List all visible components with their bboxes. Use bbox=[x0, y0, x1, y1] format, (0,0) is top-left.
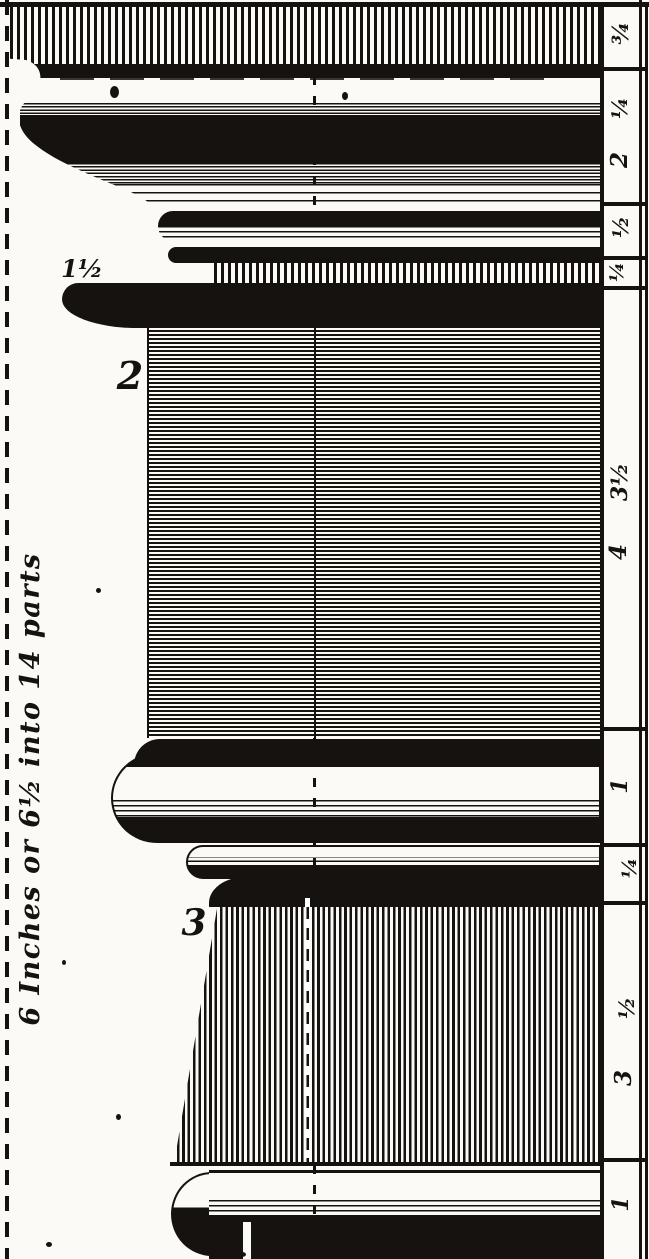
ink-speck bbox=[46, 1242, 52, 1247]
scale-divider bbox=[600, 727, 646, 731]
torus-molding bbox=[111, 753, 601, 843]
column-shaft-hatch bbox=[166, 891, 601, 1165]
scale-label-1: ¼ bbox=[597, 86, 641, 130]
ink-speck bbox=[96, 588, 101, 593]
axis-dashes-top bbox=[313, 76, 316, 210]
part-label-shaft: 3 bbox=[176, 900, 212, 946]
scale-label-7: 1 bbox=[598, 764, 642, 808]
scale-divider bbox=[600, 901, 646, 905]
scale-label-5: 3½ bbox=[598, 460, 642, 504]
part-label-frieze: 2 bbox=[110, 352, 150, 400]
scale-divider bbox=[600, 1158, 646, 1162]
axis-dashes-base bbox=[313, 1165, 316, 1259]
ink-speck bbox=[116, 1114, 121, 1120]
frieze-hatch bbox=[147, 326, 603, 738]
scale-label-3: ½ bbox=[598, 205, 642, 249]
scale-label-11: 1 bbox=[599, 1182, 643, 1226]
axis-dashes-torus bbox=[313, 738, 316, 893]
ink-speck bbox=[238, 1252, 246, 1257]
scale-label-6: 4 bbox=[596, 530, 640, 574]
cavetto-shadow bbox=[62, 283, 601, 328]
shaft-neck-bead bbox=[186, 845, 601, 879]
scale-label-8: ¼ bbox=[607, 846, 649, 890]
shaft-axis-white-dashes bbox=[305, 898, 310, 1158]
scale-note: 6 Inches or 6½ into 14 parts bbox=[15, 529, 51, 1049]
axis-line-frieze bbox=[314, 326, 316, 738]
scale-label-10: 3 bbox=[601, 1056, 645, 1100]
ink-speck bbox=[268, 158, 273, 164]
scale-label-4: ¼ bbox=[595, 250, 639, 294]
ink-speck bbox=[110, 86, 119, 98]
scale-label-2: 2 bbox=[597, 138, 641, 182]
engraved-molding-plate: ¾ ¼ 2 ½ ¼ 3½ 4 1 ¼ ½ 3 1 6 Inches or 6½ … bbox=[0, 0, 649, 1259]
astragal-bead bbox=[158, 211, 601, 241]
taenia-band bbox=[168, 247, 601, 263]
ink-speck bbox=[342, 92, 348, 100]
plate-right-border bbox=[645, 2, 648, 1259]
ink-speck bbox=[62, 960, 66, 965]
base-torus-band bbox=[209, 1170, 602, 1259]
plate-left-dashed-border bbox=[5, 0, 9, 1259]
part-label-taenia: 1½ bbox=[60, 248, 104, 290]
scale-divider bbox=[600, 67, 646, 71]
scale-label-9: ½ bbox=[604, 986, 648, 1030]
scale-label-0: ¾ bbox=[599, 11, 643, 55]
shaft-bottom-line bbox=[170, 1162, 602, 1166]
